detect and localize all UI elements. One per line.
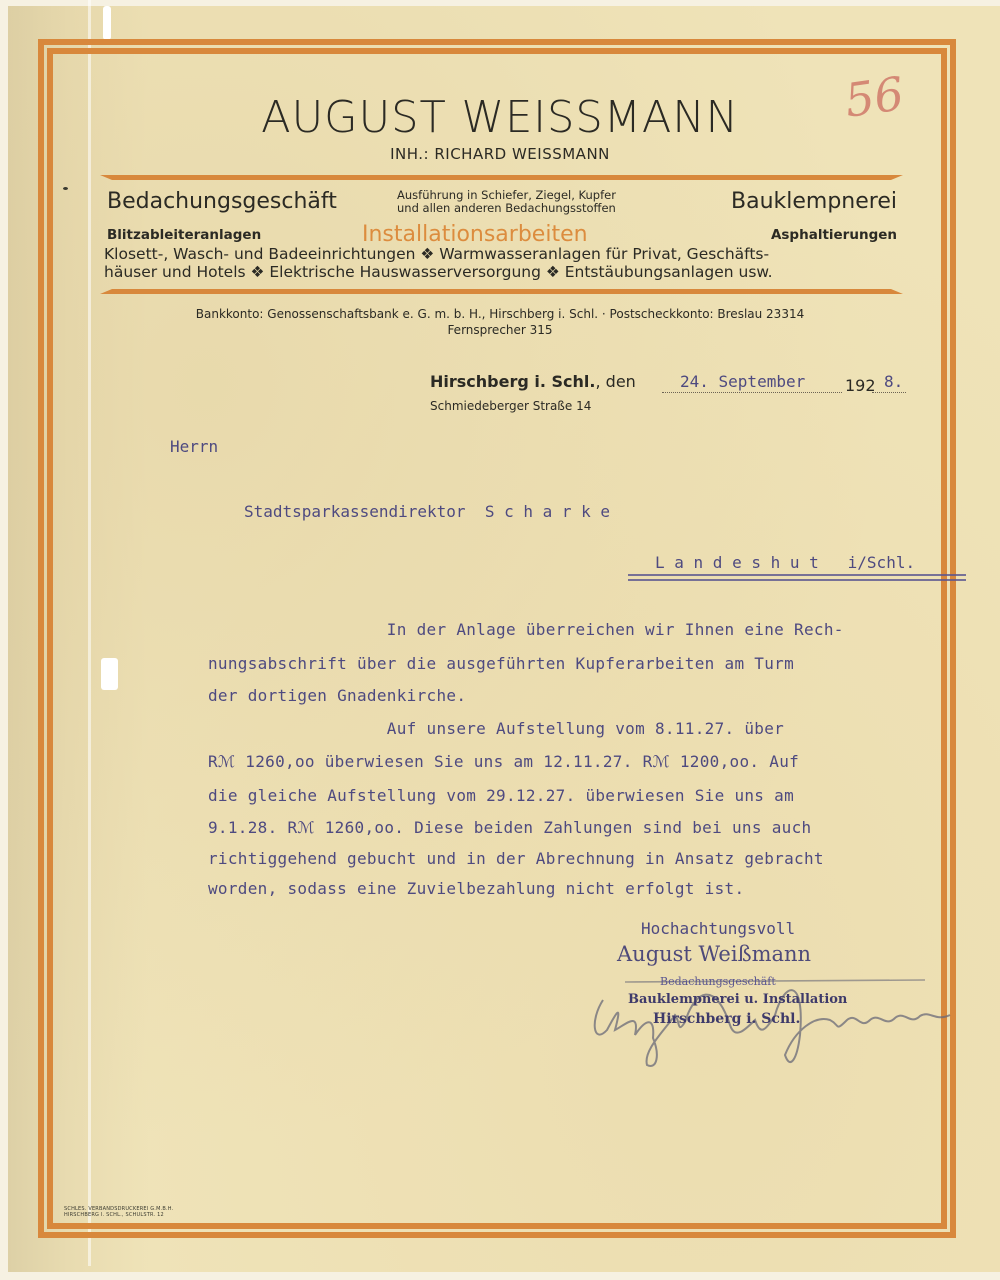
stamp-company-name: August Weißmann — [617, 942, 811, 966]
services-line2: häuser und Hotels ❖ Elektrische Hauswass… — [104, 263, 904, 281]
business-left: Bedachungsgeschäft — [107, 189, 337, 214]
service-center: Installationsarbeiten — [362, 222, 588, 247]
business-row: Bedachungsgeschäft Ausführung in Schiefe… — [107, 186, 897, 226]
phone-number: Fernsprecher 315 — [0, 323, 1000, 337]
stamp-line3: Hirschberg i. Schl. — [653, 1011, 800, 1027]
body-line: die gleiche Aufstellung vom 29.12.27. üb… — [208, 786, 794, 805]
year-digit: 8. — [884, 372, 903, 391]
year-dotted-line — [872, 391, 906, 393]
services-list: Klosett-, Wasch- und Badeeinrichtungen ❖… — [104, 245, 904, 281]
body-line: Rℳ 1260,oo überwiesen Sie uns am 12.11.2… — [208, 752, 799, 771]
body-line: nungsabschrift über die ausgeführten Kup… — [208, 654, 794, 673]
body-line: worden, sodass eine Zuvielbezahlung nich… — [208, 879, 744, 898]
stamp-line2: Bauklempnerei u. Installation — [628, 992, 847, 1007]
body-line: der dortigen Gnadenkirche. — [208, 686, 466, 705]
place-line: Hirschberg i. Schl., den — [430, 372, 636, 391]
body-line: richtiggehend gebucht und in der Abrechn… — [208, 849, 824, 868]
company-owner: INH.: RICHARD WEISSMANN — [0, 145, 1000, 163]
bank-details: Bankkonto: Genossenschaftsbank e. G. m. … — [0, 307, 1000, 321]
service-right: Asphaltierungen — [771, 227, 897, 243]
recipient-city: L a n d e s h u t i/Schl. — [655, 553, 915, 572]
body-line: In der Anlage überreichen wir Ihnen eine… — [208, 620, 844, 639]
date-dotted-line — [662, 391, 842, 393]
services-line1: Klosett-, Wasch- und Badeeinrichtungen ❖… — [104, 245, 904, 263]
place-name: Hirschberg i. Schl. — [430, 372, 595, 391]
stamp-line1: Bedachungsgeschäft — [660, 975, 776, 988]
closing: Hochachtungsvoll — [641, 919, 795, 938]
printer-line2: HIRSCHBERG I. SCHL., SCHULSTR. 12 — [64, 1212, 173, 1218]
body-line: 9.1.28. Rℳ 1260,oo. Diese beiden Zahlung… — [208, 818, 811, 837]
header-rule-bottom — [100, 289, 903, 294]
year-prefix: 192 — [845, 376, 876, 395]
letter-date: 24. September — [680, 372, 805, 391]
business-right: Bauklempnerei — [731, 189, 897, 214]
company-name: AUGUST WEISSMANN — [10, 92, 990, 143]
ink-speck — [63, 187, 68, 190]
salutation: Herrn — [170, 437, 218, 456]
service-left: Blitzableiteranlagen — [107, 227, 261, 243]
business-middle: Ausführung in Schiefer, Ziegel, Kupfer u… — [397, 189, 616, 215]
printer-imprint: SCHLES. VERBANDSDRUCKEREI G.M.B.H. HIRSC… — [64, 1206, 173, 1218]
body-line: Auf unsere Aufstellung vom 8.11.27. über — [208, 719, 784, 738]
business-middle-line2: und allen anderen Bedachungsstoffen — [397, 202, 616, 215]
city-double-underline — [628, 574, 966, 581]
street-address: Schmiedeberger Straße 14 — [430, 399, 591, 413]
header-rule-top — [100, 175, 903, 180]
place-suffix: , den — [595, 372, 635, 391]
paper-tear-top — [103, 6, 111, 40]
recipient: Stadtsparkassendirektor S c h a r k e — [244, 502, 610, 521]
